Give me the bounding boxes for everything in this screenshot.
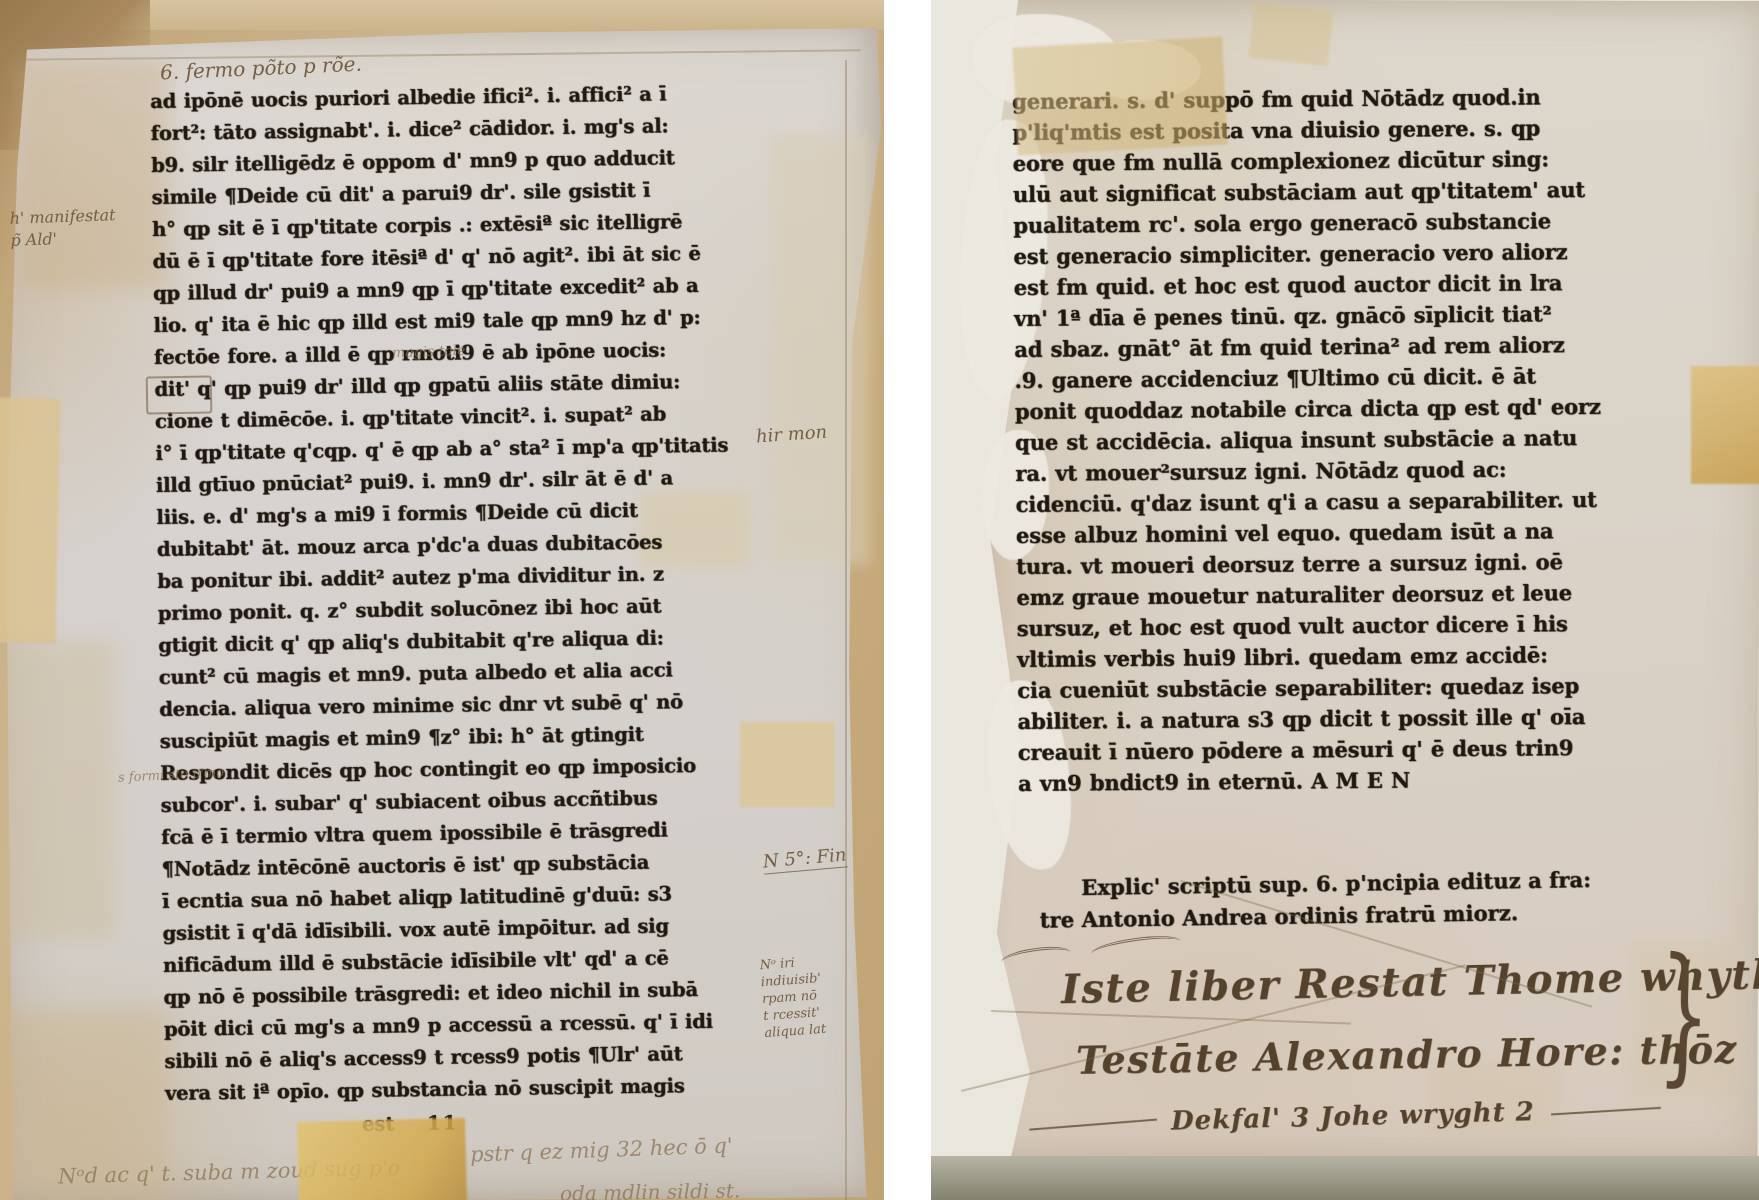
photo-divider (884, 0, 931, 1200)
printed-line: p'liq'mtis est posita vna diuisio genere… (1012, 112, 1602, 148)
annotation-box-mark (146, 375, 213, 414)
printed-line: vn' 1ª dīa ē penes tinū. qz. gnācō sīpli… (1014, 298, 1604, 334)
printed-line: est fm quid. et hoc est quod auctor dici… (1014, 267, 1604, 303)
printed-line: generari. s. d' suppō fm quid Nōtādz quo… (1012, 81, 1602, 117)
explicit-colophon: Explic' scriptū sup. 6. p'ncipia edituz … (1081, 863, 1682, 936)
crease-line (21, 49, 861, 60)
printed-line: cia cueniūt substācie separabiliter: que… (1017, 670, 1607, 706)
printed-line: est generacio simpliciter. generacio ver… (1013, 236, 1603, 272)
printed-line: ulū aut significat substāciam aut qp'tit… (1013, 174, 1603, 210)
printed-line: esse albuz homini vel equo. quedam isūt … (1016, 515, 1606, 551)
backing-board (931, 1156, 1759, 1200)
printed-line: a vn9 bndict9 in eternū. A M E N (1018, 763, 1608, 799)
printed-line: tura. vt moueri deorsuz terre a sursuz i… (1016, 546, 1606, 582)
printed-line: vltimis verbis hui9 libri. quedam emz ac… (1017, 639, 1607, 675)
printed-line: ponit quoddaz notabile circa dicta qp es… (1015, 391, 1605, 427)
inscription-bracket: } (1656, 924, 1712, 1104)
printed-line: .9. ganere accidenciuz ¶Ultimo cū dicit.… (1014, 360, 1604, 396)
printed-line: cidenciū. q'daz isunt q'i a casu a separ… (1016, 484, 1606, 520)
printed-line: que st accidēcia. aliqua insunt substāci… (1015, 422, 1605, 458)
catchword: est (362, 1112, 395, 1135)
printed-line: pualitatem rc'. sola ergo generacō subst… (1013, 205, 1603, 241)
printed-line: ra. vt mouer²sursuz igni. Nōtādz quod ac… (1015, 453, 1605, 489)
printed-line: creauit ī nūero pōdere a mēsuri q' ē deu… (1018, 732, 1608, 768)
signature-mark: 11 (427, 1111, 458, 1134)
printed-line: sursuz, et hoc est quod vult auctor dice… (1017, 608, 1607, 644)
photo-left-page: ad ipōnē uocis puriori albedie ifici². i… (0, 0, 884, 1200)
fold-line (845, 60, 847, 1200)
printed-line: emz graue mouetur naturaliter deorsuz et… (1016, 577, 1606, 613)
printed-line: eore que fm nullā complexionez dicūtur s… (1013, 143, 1603, 179)
printed-text-block-right: generari. s. d' suppō fm quid Nōtādz quo… (1012, 81, 1608, 799)
printed-text-block-left: ad ipōnē uocis puriori albedie ifici². i… (150, 78, 681, 1110)
manuscript-photo-spread: ad ipōnē uocis puriori albedie ifici². i… (0, 0, 1759, 1200)
printed-line: abiliter. i. a natura s3 qp dicit t poss… (1017, 701, 1607, 737)
photo-right-page: generari. s. d' suppō fm quid Nōtādz quo… (931, 0, 1759, 1200)
printed-line: ad sbaz. gnāt° āt fm quid terina² ad rem… (1014, 329, 1604, 365)
